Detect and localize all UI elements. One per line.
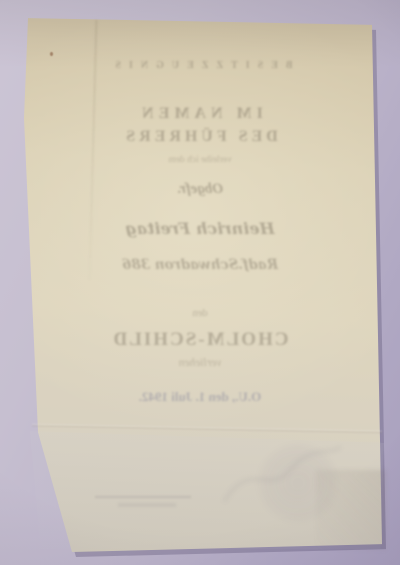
showthrough-line-des-fuehrers: DES FÜHRERS bbox=[0, 128, 400, 146]
showthrough-line-name: Heinrich Freitag bbox=[0, 219, 400, 238]
showthrough-line-den: den bbox=[0, 308, 400, 319]
showthrough-line-im-namen: IM NAMEN bbox=[0, 105, 400, 123]
mirrored-showthrough-text-block: BESITZZEUGNIS IM NAMEN DES FÜHRERS verle… bbox=[0, 0, 400, 565]
showthrough-line-header: BESITZZEUGNIS bbox=[0, 60, 400, 71]
showthrough-line-unit: Radf.Schwadron 386 bbox=[0, 257, 400, 273]
showthrough-line-verleihe: verleihe ich dem bbox=[0, 155, 400, 165]
showthrough-line-rank: Obgefr. bbox=[0, 181, 400, 198]
showthrough-line-date: O.U., den 1. Juli 1942. bbox=[0, 389, 400, 405]
showthrough-line-small: verliehen bbox=[0, 357, 400, 369]
showthrough-line-award: CHOLM-SCHILD bbox=[0, 329, 400, 351]
photo-of-document-reverse: BESITZZEUGNIS IM NAMEN DES FÜHRERS verle… bbox=[0, 0, 400, 565]
